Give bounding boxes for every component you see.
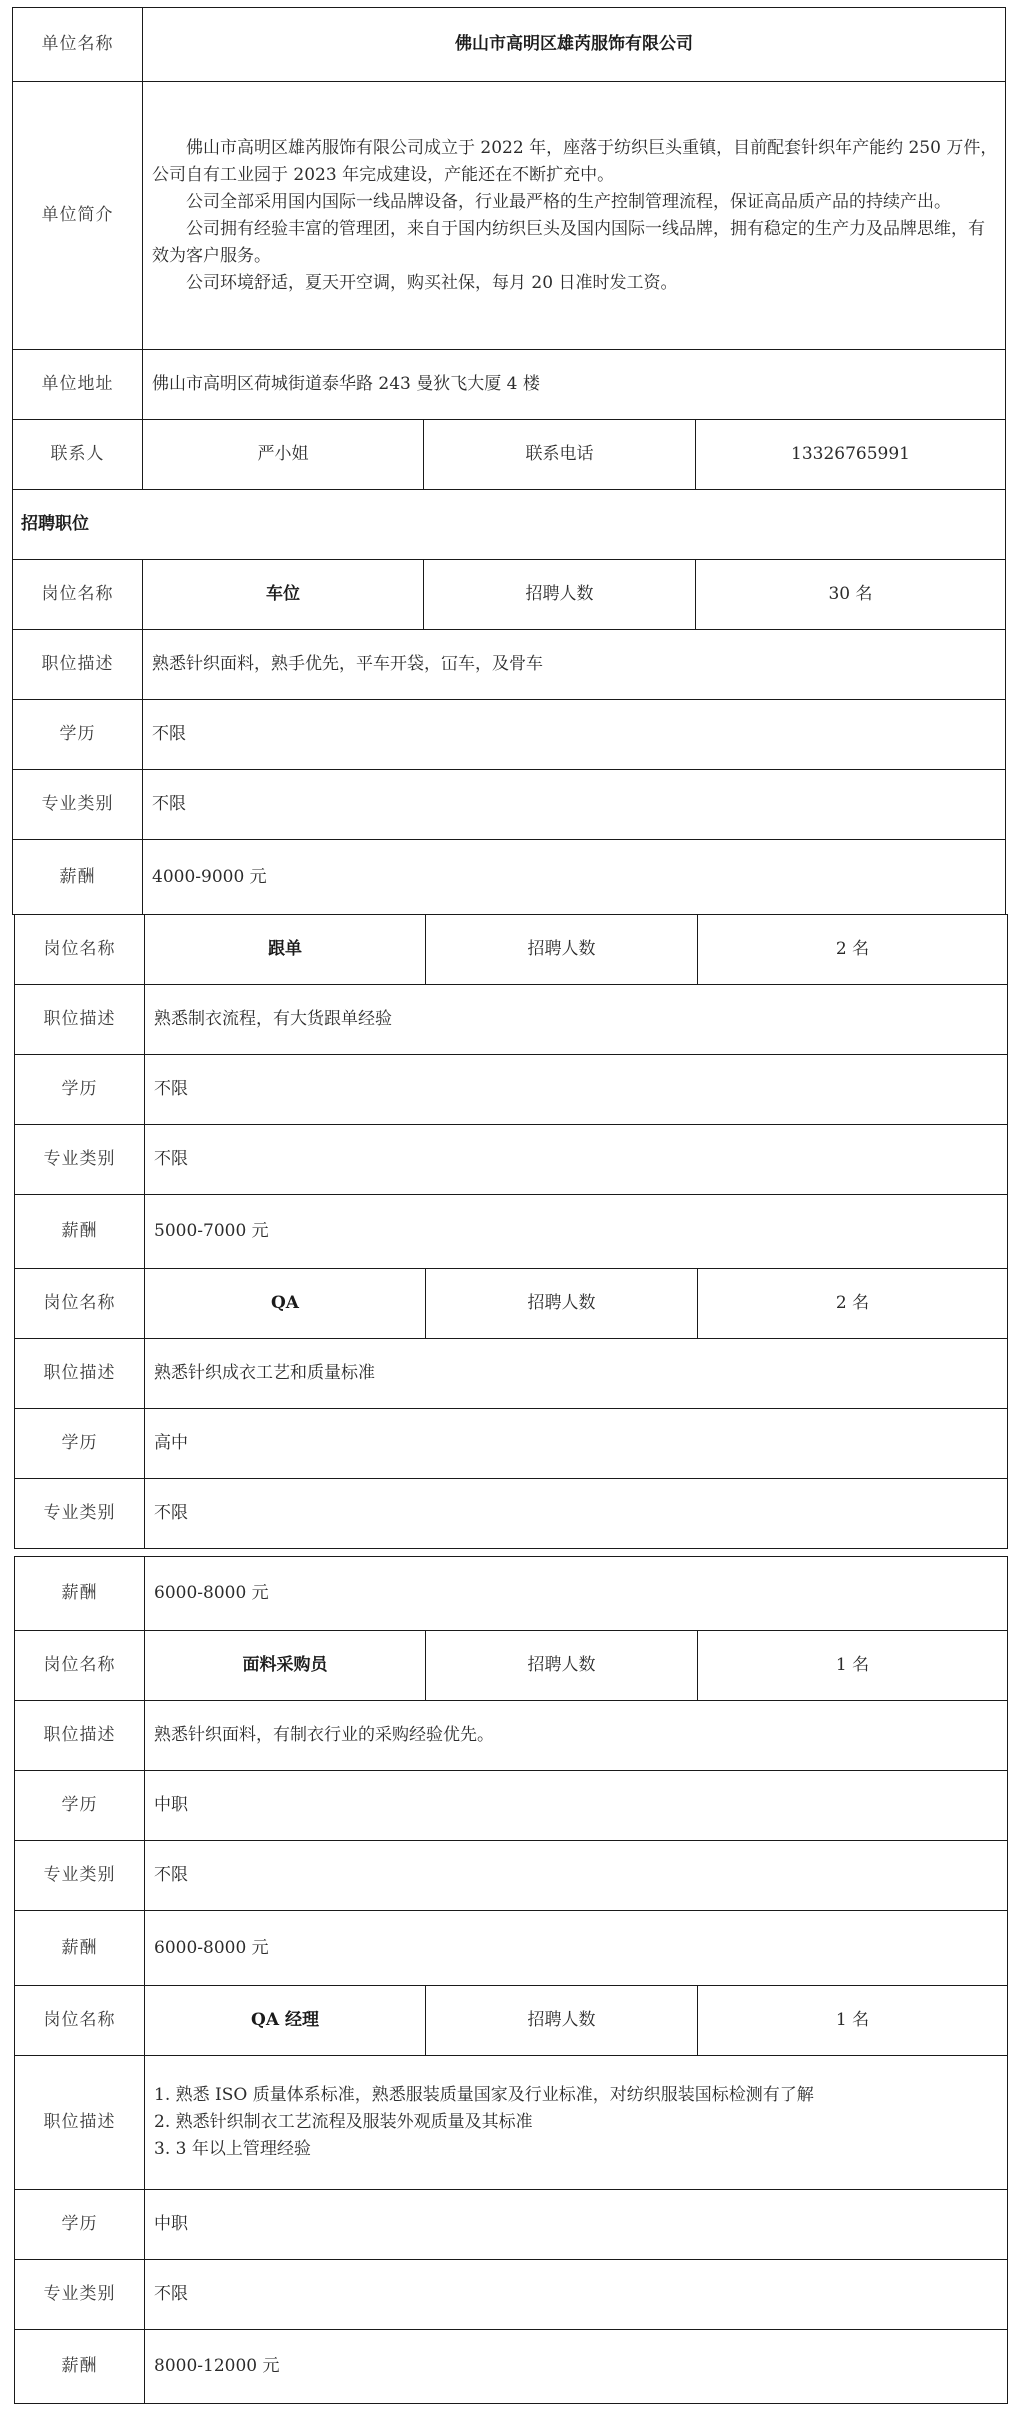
position-label: 岗位名称 [15,1986,145,2056]
salary-label: 薪酬 [15,1195,145,1269]
job-education: 不限 [143,700,1006,770]
job-education-row: 学历 不限 [13,700,1006,770]
job-salary-row: 薪酬 6000-8000 元 [15,1911,1008,1986]
job-description: 熟悉制衣流程，有大货跟单经验 [145,985,1008,1055]
job-major-row: 专业类别 不限 [15,1479,1008,1549]
contact-label: 联系人 [13,420,143,490]
job-description: 熟悉针织成衣工艺和质量标准 [145,1339,1008,1409]
education-label: 学历 [15,1771,145,1841]
position-label: 岗位名称 [15,1269,145,1339]
job-salary: 8000-12000 元 [145,2330,1008,2404]
contact-row: 联系人 严小姐 联系电话 13326765991 [13,420,1006,490]
intro-paragraph: 公司拥有经验丰富的管理团，来自于国内纺织巨头及国内国际一线品牌，拥有稳定的生产力… [152,216,999,270]
job-major-row: 专业类别 不限 [15,1125,1008,1195]
job-salary-row: 薪酬 8000-12000 元 [15,2330,1008,2404]
job-title: QA 经理 [145,1986,426,2056]
intro-paragraph: 公司环境舒适，夏天开空调，购买社保，每月 20 日准时发工资。 [152,270,999,297]
intro-paragraph: 公司全部采用国内国际一线品牌设备，行业最严格的生产控制管理流程，保证高品质产品的… [152,189,999,216]
company-name: 佛山市高明区雄芮服饰有限公司 [143,8,1006,82]
job-headcount: 30 名 [696,560,1006,630]
jobs-table-3: 薪酬 6000-8000 元 岗位名称 面料采购员 招聘人数 1 名 职位描述 … [14,1556,1008,2404]
contact-person: 严小姐 [143,420,424,490]
major-label: 专业类别 [15,1841,145,1911]
company-name-row: 单位名称 佛山市高明区雄芮服饰有限公司 [13,8,1006,82]
recruit-section-row: 招聘职位 [13,490,1006,560]
job-education: 中职 [145,2190,1008,2260]
major-label: 专业类别 [15,1125,145,1195]
job-description: 熟悉针织面料，熟手优先，平车开袋，冚车，及骨车 [143,630,1006,700]
description-line: 2. 熟悉针织制衣工艺流程及服装外观质量及其标准 [154,2109,1001,2136]
major-label: 专业类别 [15,1479,145,1549]
phone-label: 联系电话 [424,420,696,490]
education-label: 学历 [15,1409,145,1479]
job-title-row: 岗位名称 QA 招聘人数 2 名 [15,1269,1008,1339]
company-info-table: 单位名称 佛山市高明区雄芮服饰有限公司 单位简介 佛山市高明区雄芮服饰有限公司成… [12,7,1006,915]
description-line: 1. 熟悉 ISO 质量体系标准，熟悉服装质量国家及行业标准，对纺织服装国标检测… [154,2082,1001,2109]
phone-number[interactable]: 13326765991 [696,420,1006,490]
company-address-label: 单位地址 [13,350,143,420]
job-description: 熟悉针织面料，有制衣行业的采购经验优先。 [145,1701,1008,1771]
education-label: 学历 [13,700,143,770]
position-label: 岗位名称 [13,560,143,630]
job-salary-row: 薪酬 5000-7000 元 [15,1195,1008,1269]
job-education-row: 学历 高中 [15,1409,1008,1479]
description-line: 3. 3 年以上管理经验 [154,2136,1001,2163]
job-description-row: 职位描述 1. 熟悉 ISO 质量体系标准，熟悉服装质量国家及行业标准，对纺织服… [15,2056,1008,2190]
job-title: 跟单 [145,915,426,985]
headcount-label: 招聘人数 [424,560,696,630]
education-label: 学历 [15,1055,145,1125]
job-education: 不限 [145,1055,1008,1125]
job-major: 不限 [145,1125,1008,1195]
job-major: 不限 [145,2260,1008,2330]
job-description-row: 职位描述 熟悉针织面料，有制衣行业的采购经验优先。 [15,1701,1008,1771]
company-address-row: 单位地址 佛山市高明区荷城街道泰华路 243 曼狄飞大厦 4 楼 [13,350,1006,420]
job-major-row: 专业类别 不限 [15,2260,1008,2330]
job-major: 不限 [145,1479,1008,1549]
position-label: 岗位名称 [15,915,145,985]
job-salary: 6000-8000 元 [145,1911,1008,1986]
description-label: 职位描述 [15,985,145,1055]
job-education-row: 学历 中职 [15,1771,1008,1841]
job-education: 中职 [145,1771,1008,1841]
job-headcount: 2 名 [698,915,1008,985]
company-intro-row: 单位简介 佛山市高明区雄芮服饰有限公司成立于 2022 年，座落于纺织巨头重镇，… [13,82,1006,350]
job-major: 不限 [145,1841,1008,1911]
salary-label: 薪酬 [13,840,143,915]
jobs-table-2: 岗位名称 跟单 招聘人数 2 名 职位描述 熟悉制衣流程，有大货跟单经验 学历 … [14,914,1008,1549]
description-label: 职位描述 [13,630,143,700]
headcount-label: 招聘人数 [426,1986,698,2056]
job-title-row: 岗位名称 车位 招聘人数 30 名 [13,560,1006,630]
salary-label: 薪酬 [15,2330,145,2404]
job-description-row: 职位描述 熟悉针织成衣工艺和质量标准 [15,1339,1008,1409]
headcount-label: 招聘人数 [426,1631,698,1701]
job-title: 面料采购员 [145,1631,426,1701]
job-headcount: 2 名 [698,1269,1008,1339]
description-label: 职位描述 [15,1701,145,1771]
job-salary-row: 薪酬 4000-9000 元 [13,840,1006,915]
job-title: QA [145,1269,426,1339]
job-headcount: 1 名 [698,1986,1008,2056]
job-salary: 5000-7000 元 [145,1195,1008,1269]
description-label: 职位描述 [15,1339,145,1409]
job-description-row: 职位描述 熟悉针织面料，熟手优先，平车开袋，冚车，及骨车 [13,630,1006,700]
intro-paragraph: 佛山市高明区雄芮服饰有限公司成立于 2022 年，座落于纺织巨头重镇，目前配套针… [152,135,999,189]
job-education-row: 学历 中职 [15,2190,1008,2260]
job-title-row: 岗位名称 QA 经理 招聘人数 1 名 [15,1986,1008,2056]
major-label: 专业类别 [15,2260,145,2330]
headcount-label: 招聘人数 [426,915,698,985]
job-headcount: 1 名 [698,1631,1008,1701]
job-title-row: 岗位名称 跟单 招聘人数 2 名 [15,915,1008,985]
company-intro-label: 单位简介 [13,82,143,350]
job-salary: 6000-8000 元 [145,1557,1008,1631]
headcount-label: 招聘人数 [426,1269,698,1339]
job-description: 1. 熟悉 ISO 质量体系标准，熟悉服装质量国家及行业标准，对纺织服装国标检测… [145,2056,1008,2190]
recruit-section-title: 招聘职位 [13,490,1006,560]
description-label: 职位描述 [15,2056,145,2190]
education-label: 学历 [15,2190,145,2260]
company-intro: 佛山市高明区雄芮服饰有限公司成立于 2022 年，座落于纺织巨头重镇，目前配套针… [143,82,1006,350]
job-salary-row: 薪酬 6000-8000 元 [15,1557,1008,1631]
company-address: 佛山市高明区荷城街道泰华路 243 曼狄飞大厦 4 楼 [143,350,1006,420]
job-major-row: 专业类别 不限 [15,1841,1008,1911]
salary-label: 薪酬 [15,1557,145,1631]
job-salary: 4000-9000 元 [143,840,1006,915]
salary-label: 薪酬 [15,1911,145,1986]
job-title-row: 岗位名称 面料采购员 招聘人数 1 名 [15,1631,1008,1701]
major-label: 专业类别 [13,770,143,840]
job-major-row: 专业类别 不限 [13,770,1006,840]
job-major: 不限 [143,770,1006,840]
job-title: 车位 [143,560,424,630]
job-education: 高中 [145,1409,1008,1479]
position-label: 岗位名称 [15,1631,145,1701]
company-name-label: 单位名称 [13,8,143,82]
job-description-row: 职位描述 熟悉制衣流程，有大货跟单经验 [15,985,1008,1055]
job-education-row: 学历 不限 [15,1055,1008,1125]
